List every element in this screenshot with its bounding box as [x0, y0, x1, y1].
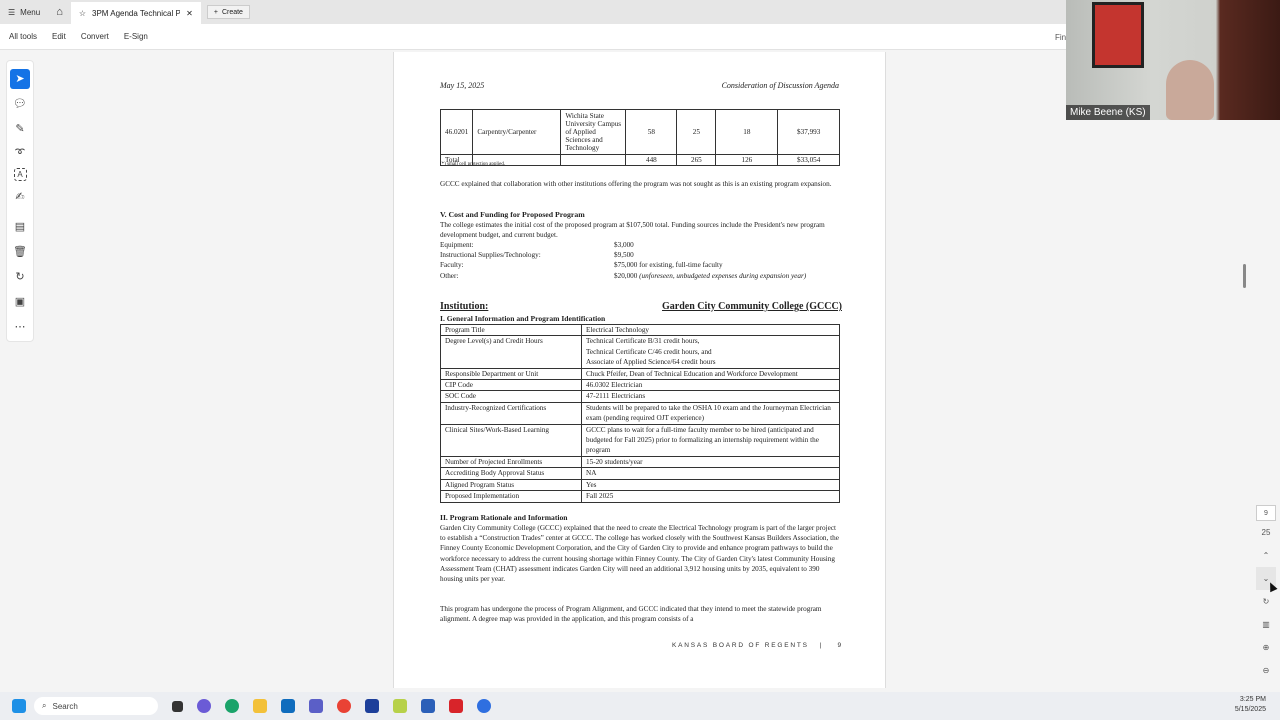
table-row: Responsible Department or UnitChuck Pfei… [441, 368, 840, 379]
comment-tool-icon[interactable]: 💬︎ [10, 94, 30, 114]
taskbar-search[interactable]: ⌕Search [34, 697, 158, 715]
table-row: Program TitleElectrical Technology [441, 325, 840, 336]
cost-row: Faculty:$75,000 for existing, full-time … [440, 260, 840, 270]
page-navigation: 9 25 ⌃ ⌄ ↻ ▥ ⊕ ⊖ [1254, 505, 1278, 682]
select-tool-icon[interactable]: ➤ [10, 69, 30, 89]
previous-page-icon[interactable]: ⌃ [1256, 544, 1276, 567]
pdf-page: May 15, 2025 Consideration of Discussion… [393, 52, 886, 688]
app-eye-icon[interactable] [365, 699, 379, 713]
home-icon: ⌂ [56, 6, 63, 18]
participant-name: Mike Beene (KS) [1066, 105, 1150, 120]
fill-form-tool-icon[interactable]: ▤ [10, 217, 30, 237]
total-pages: 25 [1256, 521, 1276, 544]
chrome-icon[interactable] [337, 699, 351, 713]
collaboration-text: GCCC explained that collaboration with o… [440, 179, 842, 189]
general-info-heading: I. General Information and Program Ident… [440, 314, 842, 324]
menu-button[interactable]: ☰Menu [0, 0, 48, 24]
current-page-field[interactable]: 9 [1256, 505, 1276, 521]
table-row: Proposed ImplementationFall 2025 [441, 491, 840, 502]
convert-button[interactable]: Convert [81, 32, 109, 41]
acrobat-icon[interactable] [449, 699, 463, 713]
institution-header: Institution: Garden City Community Colle… [440, 301, 842, 312]
windows-start-icon[interactable] [12, 699, 26, 713]
video-feed: Mike Beene (KS) [1066, 0, 1280, 120]
app-blue-circle-icon[interactable] [477, 699, 491, 713]
table-row: 46.0201 Carpentry/Carpenter Wichita Stat… [441, 110, 840, 155]
outlook-icon[interactable] [281, 699, 295, 713]
table-note: (*) small cell protection applied. [440, 162, 505, 167]
edge-browser-icon[interactable] [225, 699, 239, 713]
task-view-icon[interactable] [172, 701, 183, 712]
vertical-scrollbar[interactable] [1243, 264, 1246, 288]
table-row: Accrediting Body Approval StatusNA [441, 468, 840, 479]
cost-row: Equipment:$3,000 [440, 240, 840, 250]
rationale-text: Garden City Community College (GCCC) exp… [440, 523, 842, 584]
all-tools-button[interactable]: All tools [9, 32, 37, 41]
teams-icon[interactable] [309, 699, 323, 713]
app-green-icon[interactable] [393, 699, 407, 713]
cost-heading: V. Cost and Funding for Proposed Program [440, 210, 842, 220]
search-icon: ⌕ [42, 701, 46, 711]
rationale-heading: II. Program Rationale and Information [440, 513, 842, 523]
plus-icon: + [214, 9, 218, 16]
esign-button[interactable]: E-Sign [124, 32, 148, 41]
more-tools-icon[interactable]: ⋯ [10, 316, 30, 336]
draw-tool-icon[interactable]: ✎ [10, 119, 30, 139]
table-row: Number of Projected Enrollments15-20 stu… [441, 456, 840, 467]
taskbar: ⌕Search 3:25 PM5/15/2025 [0, 692, 1280, 720]
left-tool-rail: ➤ 💬︎ ✎ ➰︎ A ✍︎ ▤ 🗑︎ ↻ ▣ ⋯ [6, 60, 34, 342]
hamburger-icon: ☰ [8, 8, 15, 17]
find-button[interactable]: Fin [1055, 33, 1066, 42]
close-tab-icon[interactable]: ✕ [186, 9, 193, 18]
page-header: May 15, 2025 Consideration of Discussion… [440, 81, 839, 90]
enrollment-table: 46.0201 Carpentry/Carpenter Wichita Stat… [440, 109, 840, 166]
home-button[interactable]: ⌂ [48, 0, 71, 24]
table-row: Aligned Program StatusYes [441, 479, 840, 490]
table-row: Clinical Sites/Work-Based LearningGCCC p… [441, 424, 840, 456]
participant-image [1166, 60, 1214, 120]
organize-page-tool-icon[interactable]: ▣ [10, 291, 30, 311]
cost-row: Instructional Supplies/Technology:$9,500 [440, 250, 840, 260]
sign-tool-icon[interactable]: ✍︎ [10, 186, 30, 206]
delete-tool-icon[interactable]: 🗑︎ [10, 242, 30, 262]
program-info-table: Program TitleElectrical TechnologyDegree… [440, 324, 840, 503]
table-row: Degree Level(s) and Credit HoursTechnica… [441, 336, 840, 368]
alignment-text: This program has undergone the process o… [440, 604, 842, 624]
cost-list: Equipment:$3,000 Instructional Supplies/… [440, 240, 840, 281]
create-button[interactable]: +Create [207, 5, 250, 19]
lasso-tool-icon[interactable]: ➰︎ [10, 143, 30, 163]
table-row: SOC Code47-2111 Electricians [441, 391, 840, 402]
edit-button[interactable]: Edit [52, 32, 66, 41]
file-explorer-icon[interactable] [253, 699, 267, 713]
system-clock[interactable]: 3:25 PM5/15/2025 [1235, 695, 1266, 715]
video-meeting-icon[interactable] [197, 699, 211, 713]
zoom-in-icon[interactable]: ⊕ [1256, 636, 1276, 659]
cost-row: Other:$20,000 (unforeseen, unbudgeted ex… [440, 271, 840, 281]
zoom-out-icon[interactable]: ⊖ [1256, 659, 1276, 682]
document-tab[interactable]: ☆ 3PM Agenda Technical P... ✕ [71, 2, 201, 24]
wall-frame [1092, 2, 1144, 68]
star-icon[interactable]: ☆ [79, 9, 86, 18]
page-footer: KANSAS BOARD OF REGENTS | 9 [672, 642, 843, 649]
cost-text: The college estimates the initial cost o… [440, 220, 842, 240]
page-tools-icon[interactable]: ▥ [1256, 613, 1276, 636]
refresh-icon[interactable]: ↻ [1256, 590, 1276, 613]
rotate-tool-icon[interactable]: ↻ [10, 267, 30, 287]
table-row: CIP Code46.0302 Electrician [441, 380, 840, 391]
table-row: Industry-Recognized CertificationsStuden… [441, 402, 840, 424]
text-box-tool-icon[interactable]: A [14, 168, 27, 181]
word-icon[interactable] [421, 699, 435, 713]
